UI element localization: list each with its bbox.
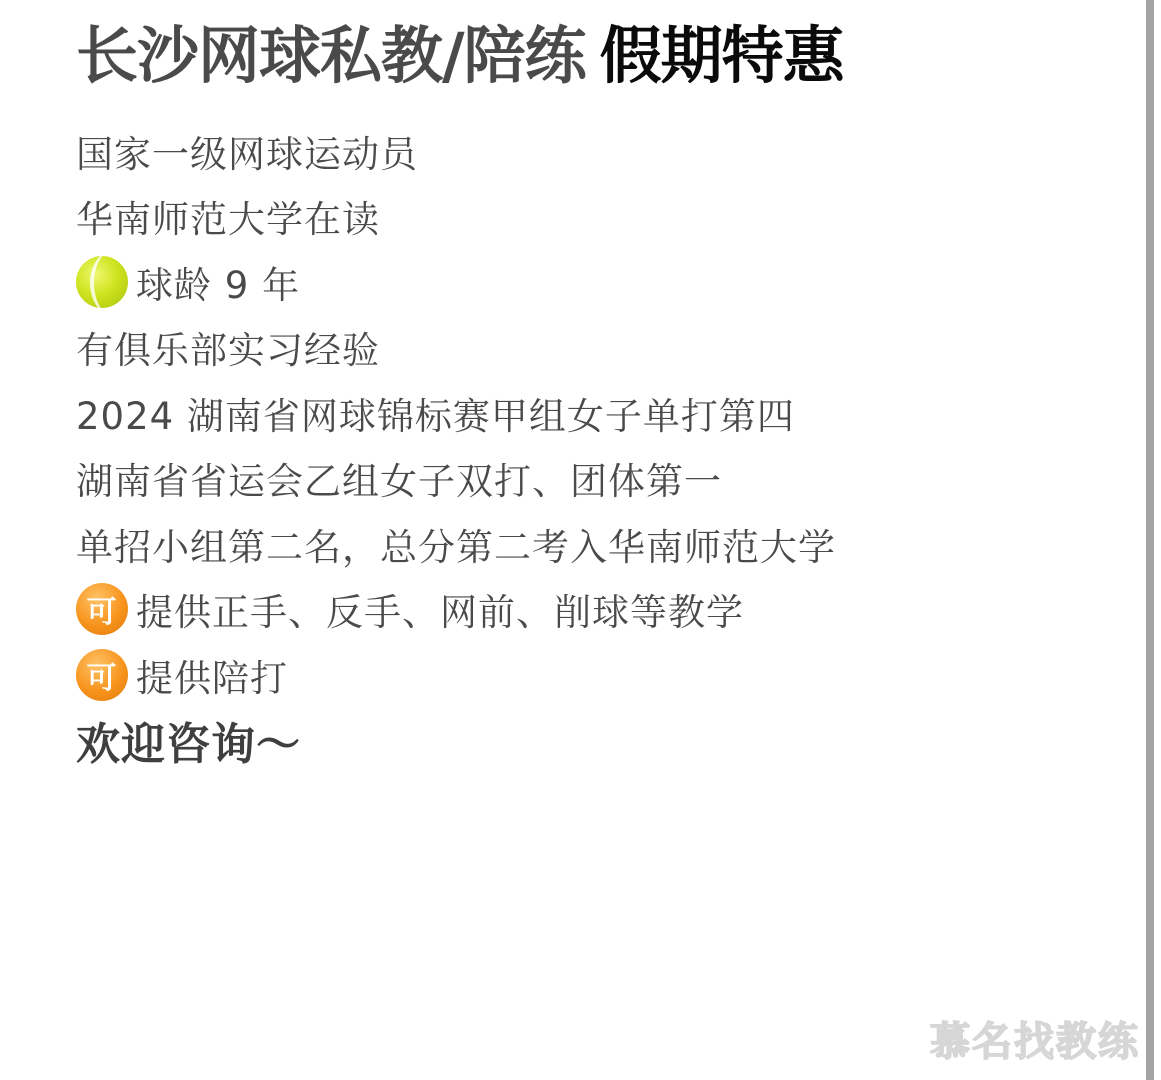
- line-text: 有俱乐部实习经验: [76, 320, 380, 374]
- line-welcome: 欢迎咨询～: [76, 708, 836, 774]
- tennis-ball-icon: [76, 256, 128, 308]
- line-national-athlete: 国家一级网球运动员: [76, 118, 836, 184]
- line-sparring: 可 提供陪打: [76, 642, 836, 708]
- line-experience-years: 球龄 9 年: [76, 249, 836, 315]
- line-teaching: 可 提供正手、反手、网前、削球等教学: [76, 577, 836, 643]
- ke-badge-icon: 可: [76, 583, 128, 635]
- line-text: 欢迎咨询～: [76, 708, 301, 772]
- line-text: 华南师范大学在读: [76, 189, 380, 243]
- line-text: 单招小组第二名，总分第二考入华南师范大学: [76, 517, 836, 571]
- line-text: 国家一级网球运动员: [76, 124, 418, 178]
- line-text: 球龄 9 年: [136, 255, 300, 309]
- scrollbar[interactable]: [1146, 0, 1154, 1080]
- line-university: 华南师范大学在读: [76, 184, 836, 250]
- post-title: 长沙网球私教/陪练假期特惠: [76, 14, 844, 98]
- title-main: 长沙网球私教/陪练: [76, 19, 586, 92]
- line-text: 提供正手、反手、网前、削球等教学: [136, 582, 744, 636]
- line-club-internship: 有俱乐部实习经验: [76, 315, 836, 381]
- line-text: 2024 湖南省网球锦标赛甲组女子单打第四: [76, 386, 795, 440]
- ke-badge-icon: 可: [76, 649, 128, 701]
- line-text: 湖南省省运会乙组女子双打、团体第一: [76, 451, 722, 505]
- watermark: 慕名找教练: [930, 1010, 1140, 1067]
- line-text: 提供陪打: [136, 648, 288, 702]
- title-highlight: 假期特惠: [600, 19, 844, 92]
- line-award-2024: 2024 湖南省网球锦标赛甲组女子单打第四: [76, 380, 836, 446]
- line-award-provincial: 湖南省省运会乙组女子双打、团体第一: [76, 446, 836, 512]
- post-body: 国家一级网球运动员 华南师范大学在读 球龄 9 年 有俱乐部实习经验 2024 …: [76, 118, 836, 773]
- line-admission: 单招小组第二名，总分第二考入华南师范大学: [76, 511, 836, 577]
